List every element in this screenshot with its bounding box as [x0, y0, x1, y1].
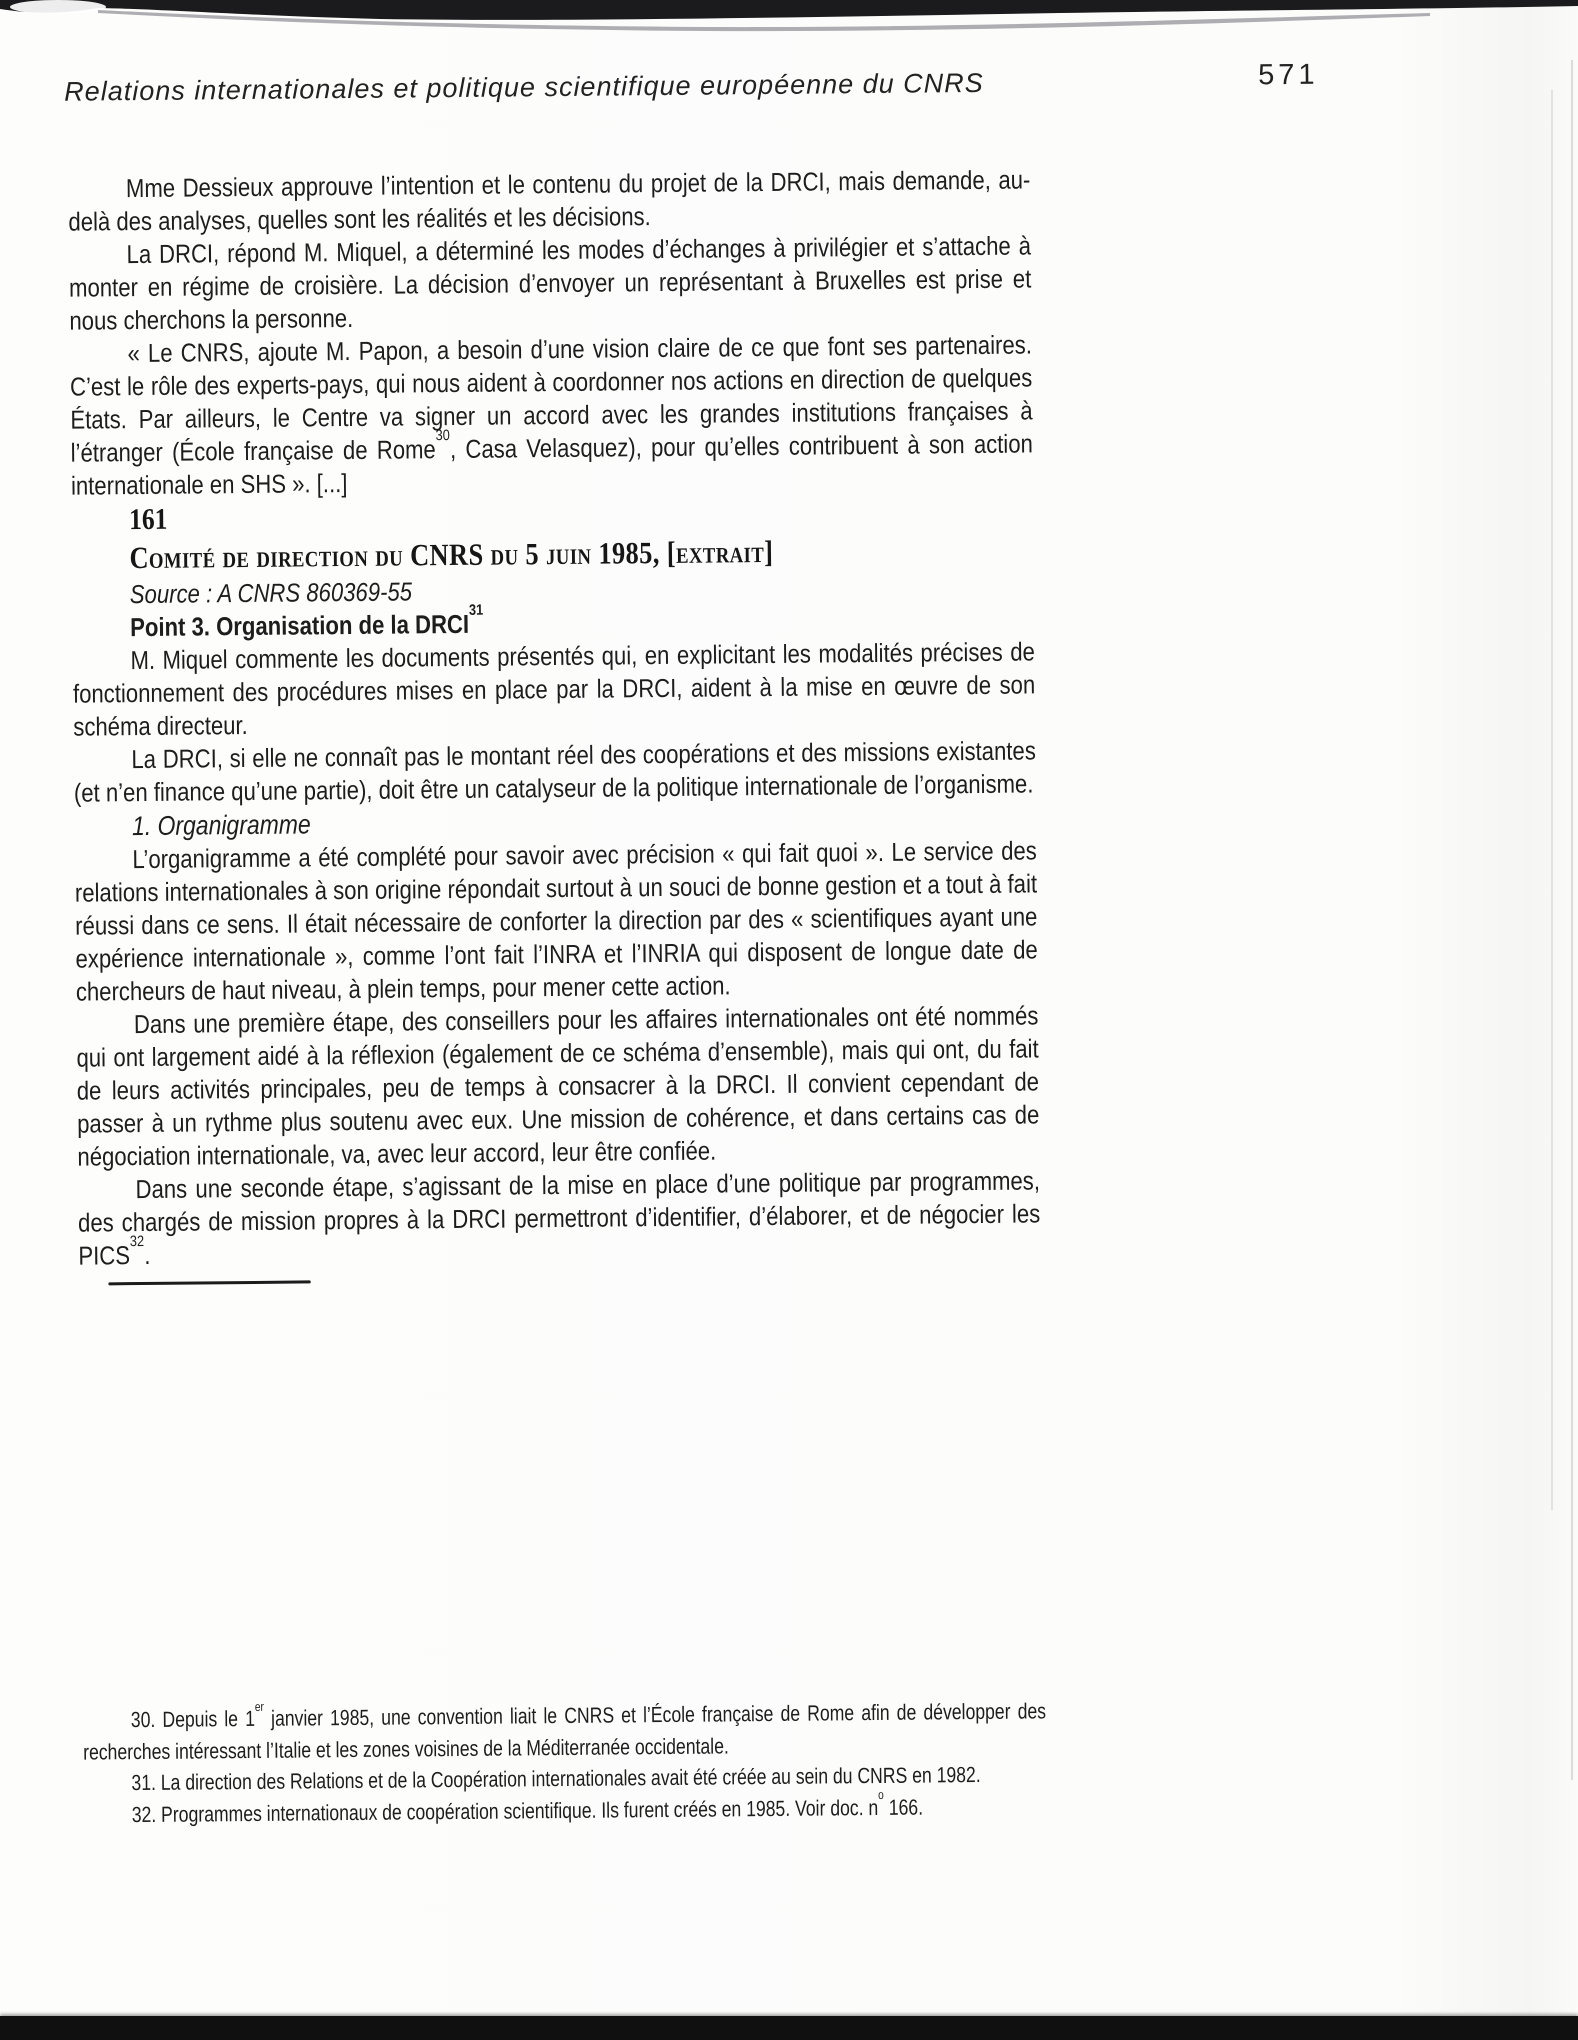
footnote-30-text: 30. Depuis le 1: [131, 1706, 255, 1732]
body-paragraph-5: Dans une seconde étape, s’agissant de la…: [78, 1164, 1041, 1272]
footnote-32-sup: o: [878, 1787, 884, 1802]
footnote-ref-31: 31: [469, 602, 483, 619]
body-paragraph-1: M. Miquel commente les documents présent…: [73, 635, 1036, 743]
page-number: 571: [1258, 59, 1319, 93]
page-content: Relations internationales et politique s…: [0, 0, 1578, 2040]
main-text-column: Mme Dessieux approuve l’intention et le …: [68, 163, 1041, 1285]
footnote-rule: [108, 1280, 310, 1285]
footnote-32-text-2: 166.: [884, 1794, 923, 1819]
body-paragraph-5-text: Dans une seconde étape, s’agissant de la…: [78, 1165, 1040, 1270]
body-paragraph-5-text-2: .: [144, 1240, 150, 1270]
body-paragraph-3: L’organigramme a été complété pour savoi…: [74, 834, 1038, 1008]
footnote-ref-32: 32: [130, 1233, 144, 1250]
intro-paragraph-1: Mme Dessieux approuve l’intention et le …: [68, 163, 1031, 238]
footnote-32-text: 32. Programmes internationaux de coopéra…: [132, 1794, 879, 1826]
body-paragraph-2: La DRCI, si elle ne connaît pas le monta…: [73, 734, 1036, 809]
footnote-30-sup: er: [255, 1699, 264, 1714]
scanned-book-page: Relations internationales et politique s…: [0, 0, 1578, 2040]
running-header: Relations internationales et politique s…: [64, 66, 1164, 108]
footnote-30: 30. Depuis le 1er janvier 1985, une conv…: [83, 1695, 1047, 1767]
footnotes: 30. Depuis le 1er janvier 1985, une conv…: [83, 1695, 1047, 1830]
intro-paragraph-3: « Le CNRS, ajoute M. Papon, a besoin d’u…: [70, 328, 1034, 502]
scan-bottom-edge: [0, 2016, 1578, 2040]
footnote-ref-30: 30: [436, 427, 450, 444]
body-paragraph-4: Dans une première étape, des conseillers…: [76, 999, 1040, 1173]
point3-heading-text: Point 3. Organisation de la DRCI: [130, 609, 469, 642]
intro-paragraph-2: La DRCI, répond M. Miquel, a déterminé l…: [69, 229, 1032, 337]
